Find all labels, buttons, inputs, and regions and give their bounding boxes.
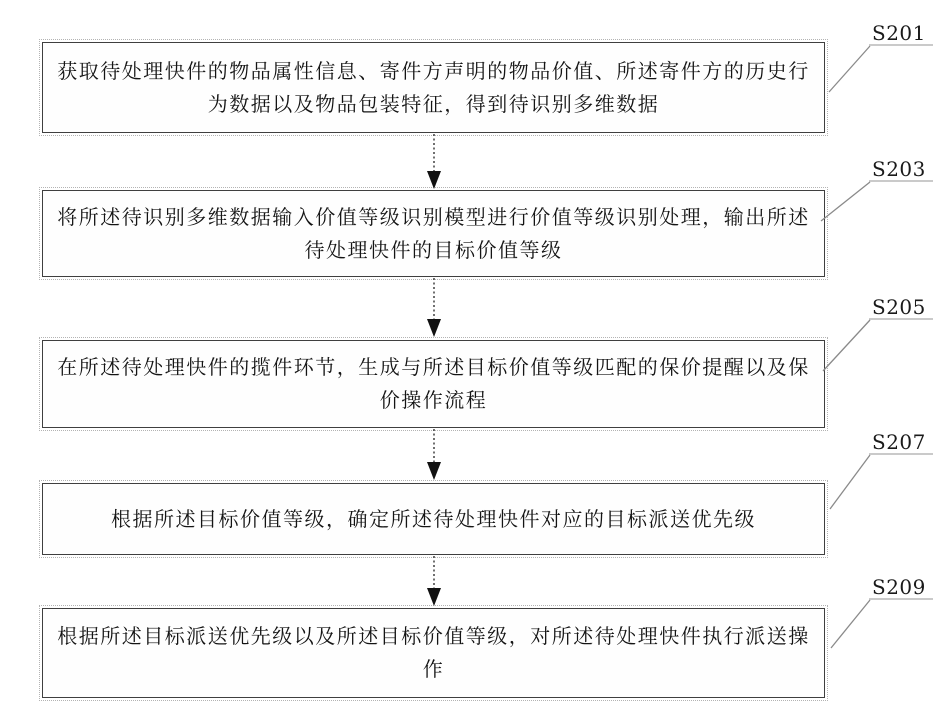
flow-step-box-s209: 根据所述目标派送优先级以及所述目标价值等级，对所述待处理快件执行派送操 作 (42, 608, 825, 698)
flow-step-box-s207: 根据所述目标价值等级，确定所述待处理快件对应的目标派送优先级 (42, 483, 825, 555)
flow-step-box-s203: 将所述待识别多维数据输入价值等级识别模型进行价值等级识别处理，输出所述 待处理快… (42, 190, 825, 277)
step-text-line: 价操作流程 (53, 384, 814, 417)
patent-flowchart: 获取待处理快件的物品属性信息、寄件方声明的物品价值、所述寄件方的历史行 为数据以… (0, 0, 938, 715)
step-text-line: 将所述待识别多维数据输入价值等级识别模型进行价值等级识别处理，输出所述 (53, 201, 814, 234)
flow-arrow-1 (427, 134, 441, 189)
down-arrowhead-icon (427, 171, 441, 189)
step-label-s201: S201 (872, 21, 934, 45)
flow-arrow-4 (427, 556, 441, 606)
leader-line-s201 (829, 46, 870, 92)
flow-step-box-s201: 获取待处理快件的物品属性信息、寄件方声明的物品价值、所述寄件方的历史行 为数据以… (42, 42, 825, 133)
down-arrowhead-icon (427, 588, 441, 606)
step-text-line: 为数据以及物品包装特征，得到待识别多维数据 (53, 88, 814, 121)
step-text-line: 作 (53, 653, 814, 686)
leader-line-s203 (821, 182, 870, 221)
down-arrowhead-icon (427, 462, 441, 480)
flow-step-box-s205: 在所述待处理快件的揽件环节，生成与所述目标价值等级匹配的保价提醒以及保 价操作流… (42, 340, 825, 428)
step-text-line: 待处理快件的目标价值等级 (53, 234, 814, 267)
step-label-s203: S203 (872, 157, 934, 181)
step-text-line: 根据所述目标价值等级，确定所述待处理快件对应的目标派送优先级 (53, 503, 814, 536)
leader-line-s205 (823, 320, 870, 371)
leader-line-s207 (830, 455, 870, 509)
leader-line-s209 (831, 600, 870, 648)
step-label-s209: S209 (872, 575, 934, 599)
step-text-line: 在所述待处理快件的揽件环节，生成与所述目标价值等级匹配的保价提醒以及保 (53, 351, 814, 384)
flow-arrow-2 (427, 278, 441, 337)
step-text-line: 根据所述目标派送优先级以及所述目标价值等级，对所述待处理快件执行派送操 (53, 620, 814, 653)
down-arrowhead-icon (427, 319, 441, 337)
step-label-s205: S205 (872, 295, 934, 319)
flow-arrow-3 (427, 429, 441, 480)
step-text-line: 获取待处理快件的物品属性信息、寄件方声明的物品价值、所述寄件方的历史行 (53, 55, 814, 88)
step-label-s207: S207 (872, 430, 934, 454)
